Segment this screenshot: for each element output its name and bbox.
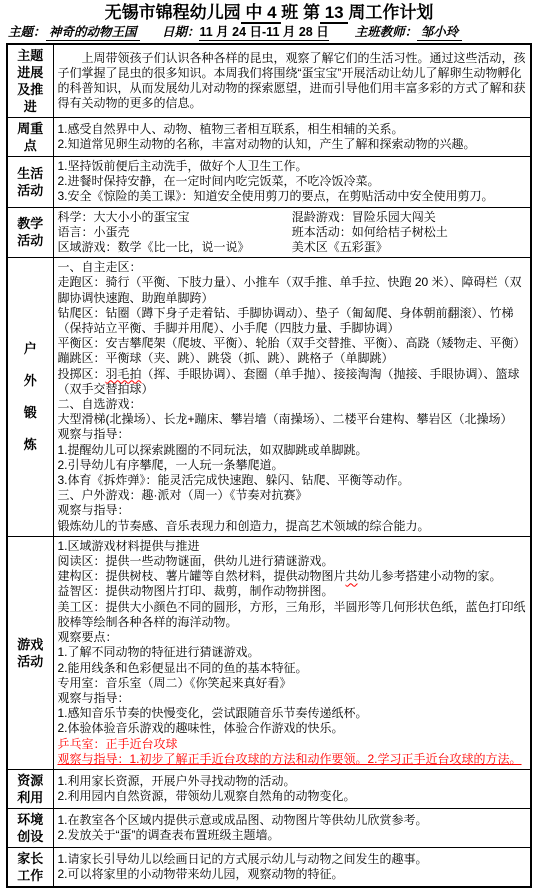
table-row: 家长工作1.请家长引导幼儿以绘画日记的方式展示幼儿与动物之间发生的趣事。2.可以… [7, 847, 531, 887]
text-line: 3.安全《惊险的美工课》：知道安全使用剪刀的要点，在剪贴活动中安全使用剪刀。 [58, 189, 527, 204]
title-week-field: 13 [320, 3, 348, 24]
row-label: 生活活动 [7, 157, 53, 208]
teacher-value: 邹小玲 [417, 24, 461, 41]
table-row: 游戏活动1.区域游戏材料提供与推进阅读区：提供一些动物谜面，供幼儿进行猜谜游戏。… [7, 536, 531, 769]
text-line: 阅读区：提供一些动物谜面，供幼儿进行猜谜游戏。 [58, 554, 527, 569]
meta-line: 主题： 神奇的动物王国 日期：11 月 24 日-11 月 28 日 主班教师：… [8, 24, 532, 41]
text-line: 1.坚持饭前便后主动洗手，做好个人卫生工作。 [58, 159, 527, 174]
text-line: 建构区：提供树枝、薯片罐等自然材料，提供动物图片共幼儿参考搭建小动物的家。 [58, 569, 527, 584]
row-content: 科学：大大小小的蛋宝宝语言：小蛋壳区域游戏：数学《比一比，说一说》混龄游戏：冒险… [53, 207, 531, 258]
text-line: 2.引导幼儿有序攀爬，一人玩一条攀爬道。 [58, 458, 527, 473]
text-line: 1.区域游戏材料提供与推进 [58, 539, 527, 554]
text-line: 平衡区：安吉攀爬架（爬坡、平衡）、轮胎（双手交替推、平衡）、高跷（矮物走、平衡） [58, 336, 527, 351]
row-label-text: 教学活动 [17, 216, 43, 248]
text-line: 美术区《五彩蛋》 [292, 240, 526, 255]
text-line: 区域游戏：数学《比一比，说一说》 [58, 240, 292, 255]
content-column: 科学：大大小小的蛋宝宝语言：小蛋壳区域游戏：数学《比一比，说一说》 [58, 210, 292, 256]
text-line: 观察与指导： [58, 427, 527, 442]
row-content: 1.利用家长资源，开展户外寻找动物的活动。2.利用园内自然资源，带领幼儿观察自然… [53, 769, 531, 808]
row-label-text: 生活活动 [17, 166, 43, 198]
text-line: 走跑区：骑行（平衡、下肢力量）、小推车（双手推、单手拉、快跑 20 米）、障碍栏… [58, 275, 527, 305]
text-line: 投掷区：羽毛拍（挥、手眼协调）、套圈（单手抛）、接接淘淘（抛接、手眼协调）、篮球… [58, 367, 527, 397]
row-content: 1.请家长引导幼儿以绘画日记的方式展示幼儿与动物之间发生的趣事。2.可以将家里的… [53, 847, 531, 887]
document-page: 无锡市锦程幼儿园 中 4 班 第 13 周工作计划 主题： 神奇的动物王国 日期… [0, 0, 538, 892]
table-row: 环境创设1.在教室各个区域内提供示意或成品图、动物图片等供幼儿欣赏参考。2.发放… [7, 808, 531, 847]
text-line: 语言：小蛋壳 [58, 225, 292, 240]
row-label-text: 户外锻炼 [23, 333, 37, 460]
row-content: 1.坚持饭前便后主动洗手，做好个人卫生工作。2.进餐时保持安静，在一定时间内吃完… [53, 157, 531, 208]
table-row: 主题进展及推进上周带领孩子们认识各种各样的昆虫，观察了解它们的生活习性。通过这些… [7, 44, 531, 118]
text-line: 2.可以将家里的小动物带来幼儿园，观察动物的特征。 [58, 867, 527, 882]
text-line: 益智区：提供动物图片打印、裁剪，制作动物拼图。 [58, 584, 527, 599]
text-line: 1.了解不同动物的特征进行猜谜游戏。 [58, 645, 527, 660]
text-line: 1.感知音乐节奏的快慢变化，尝试跟随音乐节奏传递纸杯。 [58, 706, 527, 721]
row-label: 周重点 [7, 118, 53, 157]
text-line: 大型滑梯(北操场）、长龙+蹦床、攀岩墙（南操场）、二楼平台建构、攀岩区（北操场） [58, 412, 527, 427]
row-label: 主题进展及推进 [7, 44, 53, 118]
text-line: 2.知道常见卵生动物的名称，丰富对动物的认知，产生了解和探索动物的兴趣。 [58, 137, 527, 152]
row-label-text: 环境创设 [17, 812, 43, 844]
content-column: 混龄游戏：冒险乐园大闯关班本活动：如何给桔子树松土美术区《五彩蛋》 [292, 210, 526, 256]
row-label: 教学活动 [7, 207, 53, 258]
text-line: 班本活动：如何给桔子树松土 [292, 225, 526, 240]
text-line: 钻爬区：钻圈（蹲下身子走着钻、手脚协调动）、垫子（匍匐爬、身体朝前翻滚）、竹梯（… [58, 306, 527, 336]
text-line: 专用室：音乐室（周二）《你笑起来真好看》 [58, 676, 527, 691]
text-line: 1.提醒幼儿可以探索跳圈的不同玩法，如双脚跳或单脚跳。 [58, 443, 527, 458]
text-line: 1.感受自然界中人、动物、植物三者相互联系，相生相辅的关系。 [58, 122, 527, 137]
text-line: 美工区：提供大小颜色不同的圆形，方形，三角形，半圆形等几何形状色纸，蓝色打印纸 [58, 600, 527, 615]
row-label: 资源利用 [7, 769, 53, 808]
plan-table-body: 主题进展及推进上周带领孩子们认识各种各样的昆虫，观察了解它们的生活习性。通过这些… [7, 44, 531, 887]
theme-label: 主题： [8, 24, 46, 40]
row-label-text: 游戏活动 [17, 637, 43, 669]
page-title: 无锡市锦程幼儿园 中 4 班 第 13 周工作计划 [6, 2, 532, 23]
teacher-label: 主班教师： [355, 24, 418, 40]
text-line: 2.能用线条和色彩便显出不同的鱼的基本特征。 [58, 661, 527, 676]
theme-value: 神奇的动物王国 [46, 24, 140, 41]
text-line: 混龄游戏：冒险乐园大闯关 [292, 210, 526, 225]
table-row: 教学活动科学：大大小小的蛋宝宝语言：小蛋壳区域游戏：数学《比一比，说一说》混龄游… [7, 207, 531, 258]
text-line: 一、自主走区： [58, 260, 527, 275]
text-line: 上周带领孩子们认识各种各样的昆虫，观察了解它们的生活习性。通过这些活动，孩子们掌… [58, 51, 527, 112]
text-line: 观察与指导： [58, 691, 527, 706]
row-content: 1.区域游戏材料提供与推进阅读区：提供一些动物谜面，供幼儿进行猜谜游戏。建构区：… [53, 536, 531, 769]
table-row: 周重点1.感受自然界中人、动物、植物三者相互联系，相生相辅的关系。2.知道常见卵… [7, 118, 531, 157]
weekly-plan-table: 主题进展及推进上周带领孩子们认识各种各样的昆虫，观察了解它们的生活习性。通过这些… [6, 43, 532, 888]
table-row: 资源利用1.利用家长资源，开展户外寻找动物的活动。2.利用园内自然资源，带领幼儿… [7, 769, 531, 808]
spellcheck-flagged-text: 共 [346, 569, 358, 583]
text-line: 二、自选游戏： [58, 397, 527, 412]
date-value: 11 月 24 日-11 月 28 日 [199, 24, 328, 41]
text-line: 1.在教室各个区域内提供示意或成品图、动物图片等供幼儿欣赏参考。 [58, 813, 527, 828]
row-label-text: 周重点 [17, 121, 43, 153]
text-segment: 投掷区： [58, 367, 106, 381]
row-content: 1.在教室各个区域内提供示意或成品图、动物图片等供幼儿欣赏参考。2.发放关于“蛋… [53, 808, 531, 847]
title-text-post: 周工作计划 [348, 3, 433, 22]
row-label: 游戏活动 [7, 536, 53, 769]
text-line: 观察要点： [58, 630, 527, 645]
title-text-pre: 无锡市锦程幼儿园 [105, 3, 241, 22]
text-segment: 幼儿参考搭建小动物的家。 [358, 569, 502, 583]
date-label: 日期： [162, 24, 200, 40]
table-row: 户外锻炼一、自主走区：走跑区：骑行（平衡、下肢力量）、小推车（双手推、单手拉、快… [7, 258, 531, 537]
text-segment: 建构区：提供树枝、薯片罐等自然材料，提供动物图片 [58, 569, 346, 583]
text-line: 1.利用家长资源，开展户外寻找动物的活动。 [58, 774, 527, 789]
spellcheck-flagged-text: 羽毛拍 [106, 367, 142, 381]
text-line: 2.发放关于“蛋”的调查表布置班级主题墙。 [58, 828, 527, 843]
text-line: 观察与指导：1.初步了解正手近台攻球的方法和动作要领。2.学习正手近台攻球的方法… [58, 752, 527, 767]
two-column-content: 科学：大大小小的蛋宝宝语言：小蛋壳区域游戏：数学《比一比，说一说》混龄游戏：冒险… [58, 210, 527, 256]
text-line: 三、户外游戏：趣·派对（周一）《节奏对抗赛》 [58, 488, 527, 503]
title-text-mid: 班 第 [281, 3, 320, 22]
row-label: 环境创设 [7, 808, 53, 847]
text-line: 乒乓室：正手近台攻球 [58, 737, 527, 752]
text-line: 胶棒等绘制各种各样的海洋动物。 [58, 615, 527, 630]
text-line: 1.请家长引导幼儿以绘画日记的方式展示幼儿与动物之间发生的趣事。 [58, 852, 527, 867]
text-line: 蹦跳区：平衡球（夹、跳）、跳袋（抓、跳）、跳格子（单脚跳） [58, 351, 527, 366]
row-content: 一、自主走区：走跑区：骑行（平衡、下肢力量）、小推车（双手推、单手拉、快跑 20… [53, 258, 531, 537]
row-content: 上周带领孩子们认识各种各样的昆虫，观察了解它们的生活习性。通过这些活动，孩子们掌… [53, 44, 531, 118]
text-line: 2.进餐时保持安静，在一定时间内吃完饭菜，不吃冷饭冷菜。 [58, 174, 527, 189]
row-label: 家长工作 [7, 847, 53, 887]
row-label-text: 家长工作 [17, 851, 43, 883]
table-row: 生活活动1.坚持饭前便后主动洗手，做好个人卫生工作。2.进餐时保持安静，在一定时… [7, 157, 531, 208]
text-line: 观察与指导： [58, 503, 527, 518]
title-class-field: 中 4 [241, 3, 282, 24]
row-content: 1.感受自然界中人、动物、植物三者相互联系，相生相辅的关系。2.知道常见卵生动物… [53, 118, 531, 157]
text-line: 2.体验体验音乐游戏的趣味性，体验合作游戏的快乐。 [58, 721, 527, 736]
row-label-text: 主题进展及推进 [17, 48, 43, 114]
row-label-text: 资源利用 [17, 773, 43, 805]
row-label: 户外锻炼 [7, 258, 53, 537]
text-line: 锻炼幼儿的节奏感、音乐表现力和创造力，提高艺术领域的综合能力。 [58, 519, 527, 534]
text-line: 2.利用园内自然资源，带领幼儿观察自然角的动物变化。 [58, 789, 527, 804]
text-line: 3.体育《拆炸弹》：能灵活完成快速跑、躲闪、钻爬、平衡等动作。 [58, 473, 527, 488]
text-line: 科学：大大小小的蛋宝宝 [58, 210, 292, 225]
